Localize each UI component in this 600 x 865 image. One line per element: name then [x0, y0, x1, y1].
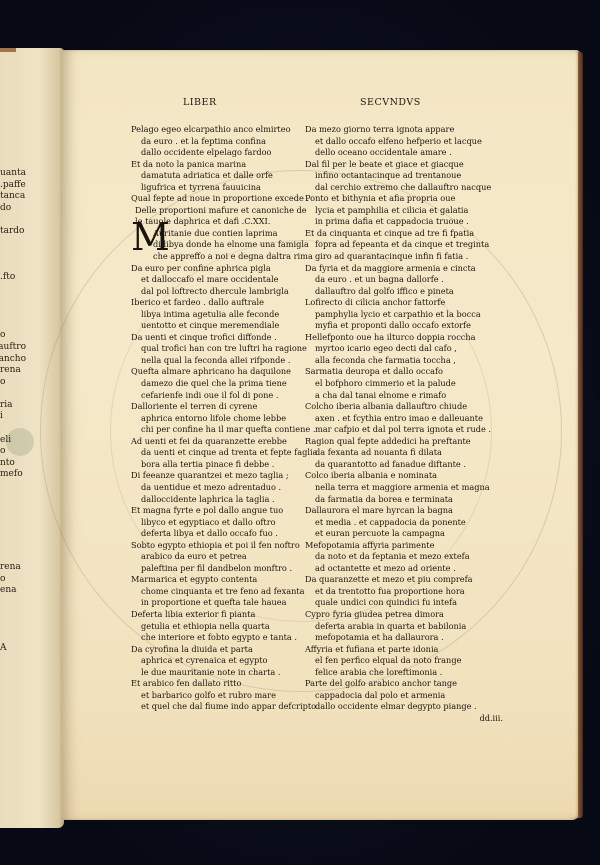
left-fragment-line	[0, 597, 26, 609]
text-line: Et magna fyrte e pol dallo angue tuo	[131, 505, 331, 517]
text-line: Sobto egypto ethiopia et poi il fen noft…	[131, 540, 331, 552]
text-line: et euran percuote la campagna	[305, 528, 505, 540]
text-line: nella qual la feconda allei rifponde .	[131, 355, 331, 367]
text-line: da farmatia da borea e terminata	[305, 494, 505, 506]
text-line: Iberico et fardeo . dallo auftrale	[131, 297, 331, 309]
text-line: Dallaurora el mare hyrcan la bagna	[305, 505, 505, 517]
text-line: Mefopotamia affyria parimente	[305, 540, 505, 552]
left-fragment-line	[0, 504, 26, 516]
text-line: Da mezo giorno terra ignota appare	[305, 124, 505, 136]
left-fragment-line	[0, 527, 26, 539]
text-line: Sarmatia deuropa et dallo occafo	[305, 366, 505, 378]
text-line: el fen perfico elqual da noto frange	[305, 655, 505, 667]
text-line: dallauftro dal golfo iffico e pineta	[305, 286, 505, 298]
text-line: mar cafpio et dal pol terra ignota et ru…	[305, 424, 505, 436]
text-line: Affyria et fufiana et parte idonia	[305, 644, 505, 656]
text-line: in proportione et quefta tale hauea	[131, 597, 331, 609]
text-line: pamphylia lycio et carpathio et la bocca	[305, 309, 505, 321]
text-line: et dalloccafo el mare occidentale	[131, 274, 331, 286]
text-line: et quel che dal fiume indo appar defcrip…	[131, 701, 331, 713]
text-line: da euro . et la feptima confina	[131, 136, 331, 148]
left-fragment-line: rena	[0, 365, 26, 377]
text-line: Quefta almare aphricano ha daquilone	[131, 366, 331, 378]
text-line: libyco et egyptiaco et dallo oftro	[131, 517, 331, 529]
left-fragment-line: ena	[0, 585, 26, 597]
text-line: dal cerchio extremo che dallauftro nacqu…	[305, 182, 505, 194]
text-line: Dal fil per le beate et giace et giacque	[305, 159, 505, 171]
text-line: Da fyria et da maggiore armenia e cincta	[305, 263, 505, 275]
text-line: el bofphoro cimmerio et la palude	[305, 378, 505, 390]
text-line: mefopotamia et ha dallaurora .	[305, 632, 505, 644]
text-line: da uentidue et mezo adrentaduo .	[131, 482, 331, 494]
page-fore-edge	[578, 52, 583, 818]
text-line: a cha dal tanai elnome e rimafo	[305, 390, 505, 402]
text-line: Ragion qual fepte addedici ha preftante	[305, 436, 505, 448]
text-line: chi per confine ha il mar quefta contien…	[131, 424, 331, 436]
text-line: dal pol loftrecto dhercule lambrigla	[131, 286, 331, 298]
text-line: dallo occidente elpelago fardoo	[131, 147, 331, 159]
text-line: Et da cinquanta et cinque ad tre fi fpat…	[305, 228, 505, 240]
text-line: da euro . et un bagna dallorfe .	[305, 274, 505, 286]
text-line: Auritanie due contien laprima	[131, 228, 331, 240]
text-line: Da euro per confine aphrica pigla	[131, 263, 331, 275]
text-line: Cypro fyria giudea petrea dimora	[305, 609, 505, 621]
text-line: infino octantacinque ad trentanoue	[305, 170, 505, 182]
left-fragment-line	[0, 493, 26, 505]
left-fragment-line: do	[0, 203, 26, 215]
text-line: ad octantette et mezo ad oriente .	[305, 563, 505, 575]
text-line: da uenti et cinque ad trenta et fepte fa…	[131, 447, 331, 459]
left-fragment-line: o	[0, 330, 26, 342]
left-fragment-line: auftro	[0, 342, 26, 354]
left-fragment-line	[0, 620, 26, 632]
text-line: Ponto et bithynia et afia propria oue	[305, 193, 505, 205]
text-line: alla feconda che farmatia toccha ,	[305, 355, 505, 367]
left-fragment-line	[0, 539, 26, 551]
text-line: che appreffo a noi e degna daltra rima	[131, 251, 331, 263]
text-line: fopra ad fepeanta et da cinque et tregin…	[305, 239, 505, 251]
text-line: ligufrica et tyrrena fauuicina	[131, 182, 331, 194]
text-line: cefarienfe indi oue il fol di pone .	[131, 390, 331, 402]
text-line: Deferta libia exterior fi pianta	[131, 609, 331, 621]
left-fragment-line	[0, 296, 26, 308]
text-line: deferta libya et dallo occafo fuo .	[131, 528, 331, 540]
left-fragment-line	[0, 319, 26, 331]
running-head-left: LIBER	[183, 97, 217, 108]
text-line: Da cyrofina la diuida et parta	[131, 644, 331, 656]
left-fragment-line: A	[0, 643, 26, 655]
text-line: paleftina per fil dandbelon monftro .	[131, 563, 331, 575]
text-line: Di feeanze quarantzei et mezo taglia ;	[131, 470, 331, 482]
text-line: Ad uenti et fei da quaranzette erebbe	[131, 436, 331, 448]
text-line: Hellefponto oue ha ilturco doppia roccha	[305, 332, 505, 344]
text-line: et media . et cappadocia da ponente	[305, 517, 505, 529]
left-fragment-line: tardo	[0, 226, 26, 238]
left-fragment-line: i	[0, 411, 26, 423]
text-line: di libya donde ha elnome una famigla	[131, 239, 331, 251]
text-line: uentotto et cinque meremendiale	[131, 320, 331, 332]
text-line: Dalloriente el terren di cyrene	[131, 401, 331, 413]
text-line: Qual fepte ad noue in proportione excede…	[131, 193, 331, 205]
left-fragment-line	[0, 238, 26, 250]
text-line: et dallo occafo elfeno hefperio et lacqu…	[305, 136, 505, 148]
text-line: quale undici con quindici fu intefa	[305, 597, 505, 609]
text-line: dalloccidente laphrica la taglia .	[131, 494, 331, 506]
left-fragment-line	[0, 249, 26, 261]
left-fragment-line	[0, 481, 26, 493]
left-fragment-line	[0, 609, 26, 621]
running-head-right: SECVNDVS	[360, 97, 421, 108]
text-line: aphrica et cyrenaica et egypto	[131, 655, 331, 667]
left-fragment-line	[0, 388, 26, 400]
left-fragment-line: o	[0, 377, 26, 389]
text-line: Delle proportioni mafure et canoniche de	[131, 205, 331, 217]
text-line: arabico da euro et petrea	[131, 551, 331, 563]
left-fragment-line: mefo	[0, 469, 26, 481]
text-line: axen . et fcythia entro imao e dalleuant…	[305, 413, 505, 425]
text-line: da noto et da feptania et mezo extefa	[305, 551, 505, 563]
left-fragment-line: o	[0, 446, 26, 458]
text-line: et barbarico golfo et rubro mare	[131, 690, 331, 702]
text-line: aphrica entorno lifole chome lebbe	[131, 413, 331, 425]
text-line: felice arabia che loreftimonia .	[305, 667, 505, 679]
text-line: le tauole daphrica et dafi .C.XXI.	[131, 216, 331, 228]
text-line: qual trofici han con tre luftri ha ragio…	[131, 343, 331, 355]
text-line: libya intima agetulia alle feconde	[131, 309, 331, 321]
text-line: getulia et ethiopia nella quarta	[131, 621, 331, 633]
text-line: lycia et pamphilia et cilicia et galatia	[305, 205, 505, 217]
left-fragment-line: eli	[0, 435, 26, 447]
text-line: myfia et proponti dallo occafo extorfe	[305, 320, 505, 332]
text-line: damezo die quel che la prima tiene	[131, 378, 331, 390]
left-fragment-line	[0, 284, 26, 296]
left-fragment-line	[0, 516, 26, 528]
left-fragment-line	[0, 307, 26, 319]
text-line: che interiore et fobto egypto e tanta .	[131, 632, 331, 644]
text-line: Colco iberia albania e nominata	[305, 470, 505, 482]
text-line: Parte del golfo arabico anchor tange	[305, 678, 505, 690]
text-line: dallo occidente elmar degypto piange .	[305, 701, 505, 713]
text-line: damatuta adriatica et dalle orfe	[131, 170, 331, 182]
text-line: Colcho iberia albania dallauftro chiude	[305, 401, 505, 413]
text-line: da fexanta ad nouanta fi dilata	[305, 447, 505, 459]
text-column-left: Pelago egeo elcarpathio anco elmirteoda …	[131, 124, 331, 713]
text-line: Marmarica et egypto contenta	[131, 574, 331, 586]
text-column-right: Da mezo giorno terra ignota appareet dal…	[305, 124, 505, 724]
text-line: nella terra et maggiore armenia et magna	[305, 482, 505, 494]
left-fragment-line: paffe.	[0, 180, 26, 192]
left-fragment-line: nto	[0, 458, 26, 470]
text-line: giro ad quarantacinque infin fi fatia .	[305, 251, 505, 263]
page-tab	[0, 48, 16, 52]
left-fragment-line	[0, 214, 26, 226]
left-fragment-line	[0, 632, 26, 644]
text-line: le due mauritanie note in charta .	[131, 667, 331, 679]
text-line: et da trentotto fua proportione hora	[305, 586, 505, 598]
text-line: cappadocia dal polo et armenia	[305, 690, 505, 702]
left-fragment-line: rancho	[0, 354, 26, 366]
text-line: myrtoo icario egeo decti dal cafo ,	[305, 343, 505, 355]
left-fragment-line: o	[0, 574, 26, 586]
text-line: in prima dafia et cappadocia truoue .	[305, 216, 505, 228]
text-line: Et arabico fen dallato ritto	[131, 678, 331, 690]
text-line: da quarantotto ad fanadue diftante .	[305, 459, 505, 471]
left-fragment-line: ria	[0, 400, 26, 412]
text-line: bora alla tertia pinace fi debbe .	[131, 459, 331, 471]
text-line: Lofirecto di cilicia anchor fattorfe	[305, 297, 505, 309]
left-fragment-line	[0, 551, 26, 563]
text-line: Pelago egeo elcarpathio anco elmirteo	[131, 124, 331, 136]
text-line: Et da noto la panica marina	[131, 159, 331, 171]
text-line: dd.iii.	[305, 713, 505, 725]
left-fragment-line: fto.	[0, 272, 26, 284]
text-line: deferta arabia in quarta et babilonia	[305, 621, 505, 633]
left-fragment-line: tanca	[0, 191, 26, 203]
left-fragment-line	[0, 423, 26, 435]
text-line: dello oceano occidentale amare .	[305, 147, 505, 159]
text-line: Da uenti et cinque trofici diffonde .	[131, 332, 331, 344]
left-fragment-line: tauanta	[0, 168, 26, 180]
left-fragment-line	[0, 261, 26, 273]
text-line: chome cinquanta et tre feno ad fexanta	[131, 586, 331, 598]
text-line: Da quaranzette et mezo et piu comprefa	[305, 574, 505, 586]
left-fragment-line: rena	[0, 562, 26, 574]
